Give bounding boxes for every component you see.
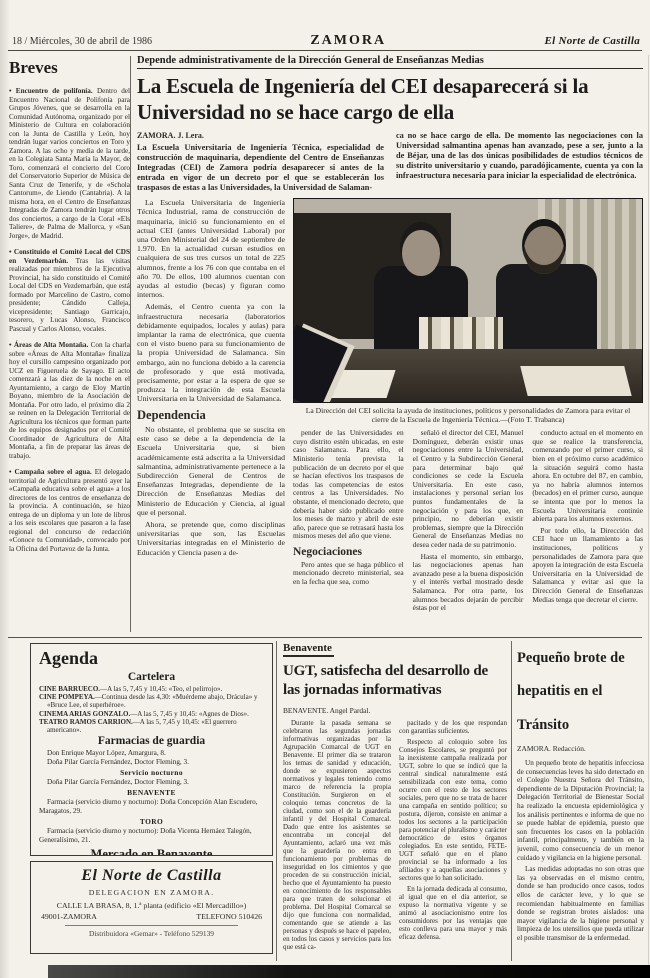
cinema-showtimes: —A las 5, 7,45 y 10,45: «Teo, el pelirro… <box>100 685 222 693</box>
ugt-col1-paragraphs: Durante la pasada semana se celebraron l… <box>283 719 391 951</box>
delegation-line: DELEGACION EN ZAMORA. <box>31 888 272 897</box>
servicio-list: Doña Pilar García Fernández, Doctor Flem… <box>39 778 264 786</box>
article-headline: La Escuela de Ingeniería del CEI desapar… <box>137 74 643 125</box>
photo-books <box>419 317 503 349</box>
ugt-columns: Durante la pasada semana se celebraron l… <box>283 719 507 954</box>
ugt-column-2: pacitado y de los que respondan con gara… <box>399 719 507 954</box>
cinema-name: TEATRO RAMOS CARRION. <box>39 718 133 726</box>
section-title: ZAMORA <box>310 33 386 49</box>
article-paragraph: pacitado y de los que respondan con gara… <box>399 719 507 735</box>
article-paragraph: Un pequeño brote de hepatitis infecciosa… <box>517 759 644 862</box>
article-paragraph: Pero antes que se haga público el mencio… <box>293 561 404 587</box>
servicio-title: Servicio nocturno <box>39 768 264 777</box>
lower-columns: pender de las Universidades en cuyo dist… <box>293 429 643 615</box>
cartelera-entry: TEATRO RAMOS CARRION.—A las 5, 7,45 y 10… <box>39 718 264 734</box>
bottom-column-divider-2 <box>511 641 512 961</box>
page-number-date: 18 / Miércoles, 30 de abril de 1986 <box>12 36 152 47</box>
main-article: Depende administrativamente de la Direcc… <box>137 55 643 635</box>
brief-text: Con la charla sobre «Áreas de Alta Monta… <box>9 341 130 460</box>
col1-paragraphs-b: No obstante, el problema que se suscita … <box>137 425 285 557</box>
cinema-name: CINE BARRUECO. <box>39 685 100 693</box>
farmacias-title: Farmacias de guardia <box>39 735 264 747</box>
scan-edge-right <box>648 55 649 965</box>
cinema-showtimes: —A las 5, 7,45 y 10,45: «Agnes de Dios». <box>130 710 249 718</box>
hepatitis-byline: ZAMORA. Redacción. <box>517 744 644 753</box>
agenda-title: Agenda <box>39 648 264 669</box>
column-divider <box>130 56 131 632</box>
article-lead: ZAMORA. J. Lera. La Escuela Universitari… <box>137 131 643 193</box>
photo-papers-right <box>520 366 632 396</box>
ugt-byline: BENAVENTE. Angel Pardal. <box>283 706 507 715</box>
brief-text: El delegado territorial de Agricultura p… <box>9 468 130 553</box>
cartelera-title: Cartelera <box>39 671 264 683</box>
article-paragraph: Las medidas adoptadas no son otras que l… <box>517 865 644 942</box>
article-column-2: pender de las Universidades en cuyo dist… <box>293 429 404 615</box>
article-paragraph: Durante la pasada semana se celebraron l… <box>283 719 391 951</box>
pharmacy-line: Doña Pilar García Fernández, Doctor Flem… <box>39 758 264 766</box>
article-paragraph: Además, el Centro cuenta ya con la infra… <box>137 302 285 403</box>
photo-man-left-head <box>402 230 440 277</box>
article-column-1: La Escuela Universitaria de Ingeniería T… <box>137 198 285 615</box>
pharmacy-line: Don Enrique Mayor López, Amargura, 8. <box>39 749 264 757</box>
col3-paragraphs: señaló el director del CEI, Manuel Domín… <box>413 429 524 612</box>
photo-caption: La Dirección del CEI solicita la ayuda d… <box>303 406 633 424</box>
subhead-negociaciones: Negociaciones <box>293 548 404 557</box>
section-divider <box>8 637 642 638</box>
ugt-col2-paragraphs: pacitado y de los que respondan con gara… <box>399 719 507 941</box>
article-paragraph: No obstante, el problema que se suscita … <box>137 425 285 517</box>
hepatitis-article: Pequeño brote de hepatitis en el Tránsit… <box>517 642 644 960</box>
article-column-3: señaló el director del CEI, Manuel Domín… <box>413 429 524 615</box>
article-byline: ZAMORA. J. Lera. <box>137 131 384 141</box>
pharmacy-line: Farmacia (servicio diurno y nocturno): D… <box>39 827 264 844</box>
scan-bottom-bar <box>48 965 650 978</box>
newspaper-page: 18 / Miércoles, 30 de abril de 1986 ZAMO… <box>0 0 650 978</box>
cartelera-entry: CINEMA ARIAS GONZALO.—A las 5, 7,45 y 10… <box>39 710 264 718</box>
masthead: El Norte de Castilla <box>544 35 640 47</box>
toro-title: TORO <box>39 817 264 826</box>
brief-text: Dentro del Encuentro Nacional de Polifon… <box>9 87 130 240</box>
article-kicker: Depende administrativamente de la Direcc… <box>137 55 643 69</box>
distributor-line: Distribuidora «Gemar» - Teléfono 529139 <box>31 929 272 938</box>
col4-paragraphs: conducto actual en el momento en que se … <box>532 429 643 604</box>
article-body: La Escuela Universitaria de Ingeniería T… <box>137 198 643 615</box>
article-paragraph: En la jornada dedicada al consumo, al ig… <box>399 885 507 941</box>
photo-and-columns: La Dirección del CEI solicita la ayuda d… <box>293 198 643 615</box>
brief-lead: • Áreas de Alta Montaña. <box>9 341 88 349</box>
bottom-column-divider-1 <box>276 641 277 961</box>
ugt-article: Benavente UGT, satisfecha del desarrollo… <box>283 642 507 960</box>
delegation-postal: 49001-ZAMORA <box>41 912 97 921</box>
benavente-title: BENAVENTE <box>39 788 264 797</box>
brief-item: • Campaña sobre el agua. El delegado ter… <box>9 468 130 553</box>
col2-paragraphs-b: Pero antes que se haga público el mencio… <box>293 561 404 587</box>
article-paragraph: Ahora, se pretende que, como disciplinas… <box>137 520 285 557</box>
brief-text: Tras las visitas realizadas por miembros… <box>9 257 130 333</box>
mercado-title: Mercado en Benavente <box>39 847 264 856</box>
article-paragraph: Hasta el momento, sin embargo, las negoc… <box>413 553 524 613</box>
article-paragraph: Respecto al coloquio sobre los Consejos … <box>399 738 507 882</box>
article-paragraph: La Escuela Universitaria de Ingeniería T… <box>137 198 285 299</box>
cartelera-entry: CINE POMPEYA.—Continua desde las 4,30: «… <box>39 693 264 709</box>
farmacias-list: Don Enrique Mayor López, Amargura, 8.Doñ… <box>39 749 264 766</box>
col2-paragraphs-a: pender de las Universidades en cuyo dist… <box>293 429 404 541</box>
pharmacy-line: Doña Pilar García Fernández, Doctor Flem… <box>39 778 264 786</box>
benavente-list: Farmacia (servicio diurno y nocturno): D… <box>39 798 264 815</box>
article-paragraph: Por todo ello, la Dirección del CEI hace… <box>532 527 643 604</box>
hepatitis-body: Un pequeño brote de hepatitis infecciosa… <box>517 759 644 942</box>
subhead-dependencia: Dependencia <box>137 411 285 420</box>
breves-column: Breves • Encuentro de polifonía. Dentro … <box>9 56 130 632</box>
ugt-kicker: Benavente <box>283 642 334 657</box>
ugt-column-1: Durante la pasada semana se celebraron l… <box>283 719 391 954</box>
breves-list: • Encuentro de polifonía. Dentro del Enc… <box>9 87 130 553</box>
brief-item: • Constituido el Comité Local del CDS en… <box>9 248 130 333</box>
cinema-name: CINE POMPEYA. <box>39 693 95 701</box>
delegation-contact: 49001-ZAMORA TELEFONO 510426 <box>31 912 272 921</box>
lead-left: ZAMORA. J. Lera. La Escuela Universitari… <box>137 131 384 193</box>
agenda-box: Agenda Cartelera CINE BARRUECO.—A las 5,… <box>30 643 273 856</box>
article-photo <box>293 198 643 403</box>
col1-paragraphs-a: La Escuela Universitaria de Ingeniería T… <box>137 198 285 403</box>
norte-castilla-logo: El Norte de Castilla <box>31 867 272 885</box>
brief-lead: • Campaña sobre el agua. <box>9 468 92 476</box>
breves-title: Breves <box>9 58 130 78</box>
hepatitis-paragraphs: Un pequeño brote de hepatitis infecciosa… <box>517 759 644 942</box>
delegation-box: El Norte de Castilla DELEGACION EN ZAMOR… <box>30 861 273 954</box>
cartelera-list: CINE BARRUECO.—A las 5, 7,45 y 10,45: «T… <box>39 685 264 734</box>
lead-right: ca no se hace cargo de ella. De momento … <box>396 131 643 193</box>
delegation-divider <box>65 925 239 926</box>
hepatitis-headline: Pequeño brote de hepatitis en el Tránsit… <box>517 642 644 742</box>
lead-left-text: La Escuela Universitaria de Ingeniería T… <box>137 143 384 192</box>
page-header: 18 / Miércoles, 30 de abril de 1986 ZAMO… <box>12 33 640 49</box>
cinema-name: CINEMA ARIAS GONZALO. <box>39 710 130 718</box>
ugt-headline: UGT, satisfecha del desarrollo de las jo… <box>283 662 507 700</box>
article-paragraph: conducto actual en el momento en que se … <box>532 429 643 524</box>
article-paragraph: pender de las Universidades en cuyo dist… <box>293 429 404 541</box>
pharmacy-line: Farmacia (servicio diurno y nocturno): D… <box>39 798 264 815</box>
header-divider <box>8 50 642 51</box>
cartelera-entry: CINE BARRUECO.—A las 5, 7,45 y 10,45: «T… <box>39 685 264 693</box>
brief-item: • Encuentro de polifonía. Dentro del Enc… <box>9 87 130 240</box>
article-column-4: conducto actual en el momento en que se … <box>532 429 643 615</box>
toro-list: Farmacia (servicio diurno y nocturno): D… <box>39 827 264 844</box>
brief-lead: • Encuentro de polifonía. <box>9 87 93 95</box>
delegation-address: CALLE LA BRASA, 8, 1.ª planta (edificio … <box>31 901 272 910</box>
photo-man-right-head <box>524 226 564 275</box>
article-paragraph: señaló el director del CEI, Manuel Domín… <box>413 429 524 549</box>
delegation-phone: TELEFONO 510426 <box>196 912 262 921</box>
brief-item: • Áreas de Alta Montaña. Con la charla s… <box>9 341 130 460</box>
